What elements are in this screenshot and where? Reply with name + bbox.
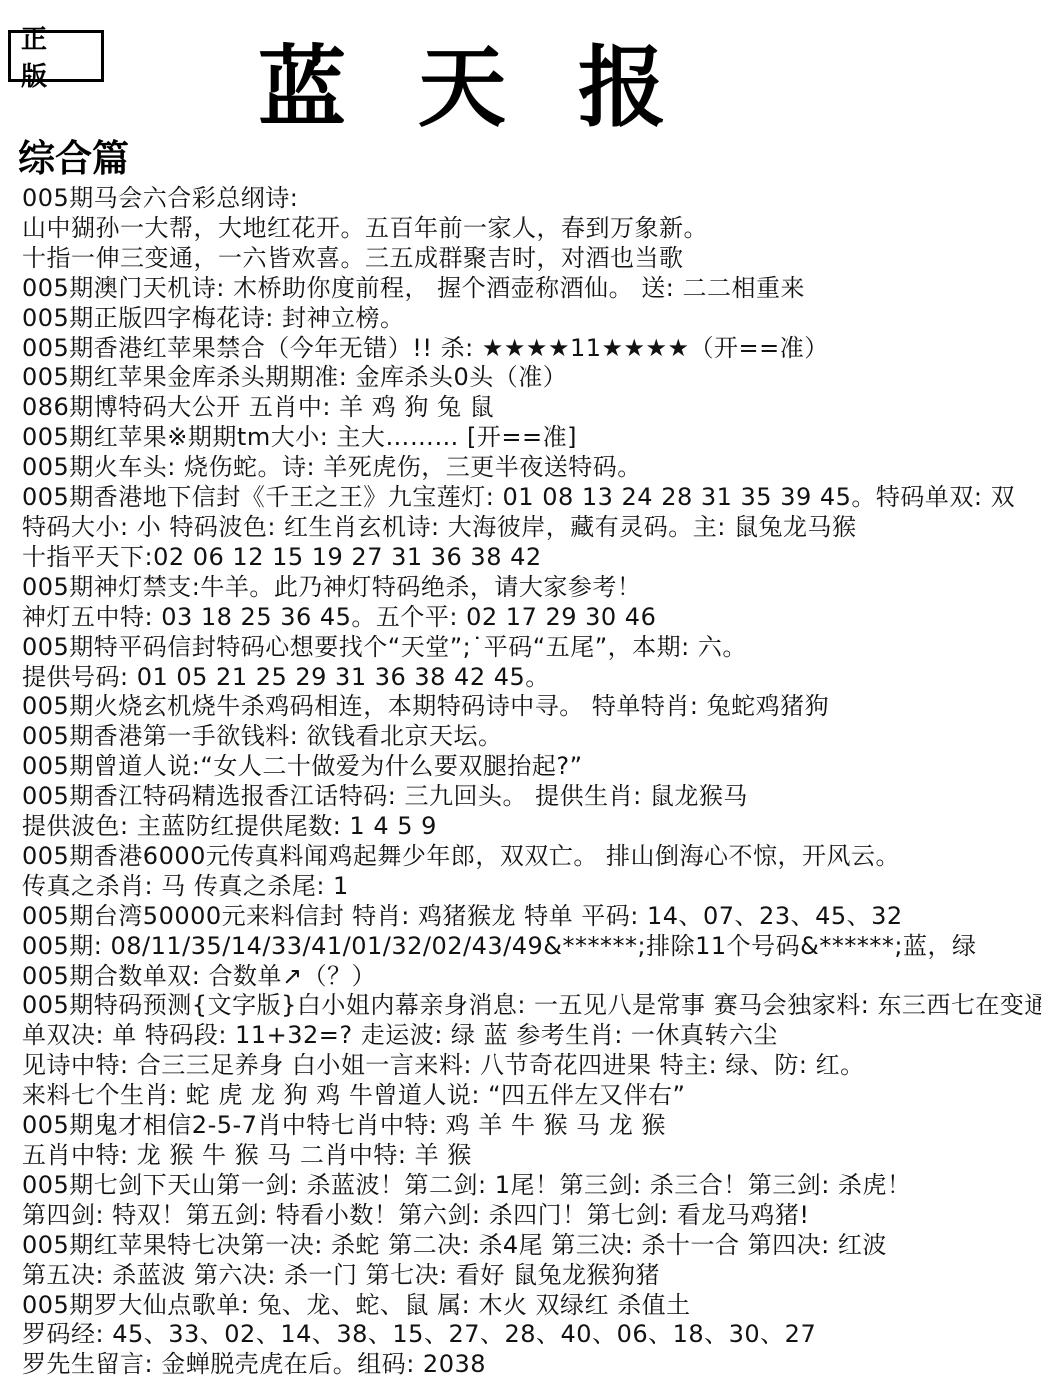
text-line: 传真之杀肖: 马 传真之杀尾: 1 <box>22 872 1035 902</box>
text-line: 005期特平码信封特码心想要找个“天堂”;˙平码“五尾”，本期: 六。 <box>22 633 1035 663</box>
text-line: 山中猢孙一大帮，大地红花开。五百年前一家人，春到万象新。 <box>22 214 1035 244</box>
text-line: 005期曾道人说:“女人二十做爱为什么要双腿抬起?” <box>22 752 1035 782</box>
text-line: 005期马会六合彩总纲诗: <box>22 184 1035 214</box>
text-line: 十指平天下:02 06 12 15 19 27 31 36 38 42 <box>22 543 1035 573</box>
paper-title: 蓝天报 <box>258 18 738 144</box>
text-line: 罗码经: 45、33、02、14、38、15、27、28、40、06、18、30… <box>22 1320 1035 1350</box>
section-title: 综合篇 <box>18 128 129 182</box>
text-line: 见诗中特: 合三三足养身 白小姐一言来料: 八节奇花四进果 特主: 绿、防: 红… <box>22 1051 1035 1081</box>
text-line: 来料七个生肖: 蛇 虎 龙 狗 鸡 牛曾道人说: “四五伴左又伴右” <box>22 1081 1035 1111</box>
text-line: 005期红苹果金库杀头期期准: 金库杀头0头（准） <box>22 363 1035 393</box>
text-line: 005期神灯禁支:牛羊。此乃神灯特码绝杀，请大家参考！ <box>22 573 1035 603</box>
text-line: 005期火车头: 烧伤蛇。诗: 羊死虎伤，三更半夜送特码。 <box>22 453 1035 483</box>
text-line: 005期正版四字梅花诗: 封神立榜。 <box>22 304 1035 334</box>
text-line: 五肖中特: 龙 猴 牛 猴 马 二肖中特: 羊 猴 <box>22 1141 1035 1171</box>
text-line: 005期: 08/11/35/14/33/41/01/32/02/43/49&*… <box>22 932 1035 962</box>
text-line: 005期香港第一手欲钱料: 欲钱看北京天坛。 <box>22 722 1035 752</box>
text-line: 005期台湾50000元来料信封 特肖: 鸡猪猴龙 特单 平码: 14、07、2… <box>22 902 1035 932</box>
text-line: 第四剑: 特双！第五剑: 特看小数！第六剑: 杀四门！第七剑: 看龙马鸡猪! <box>22 1201 1035 1231</box>
text-line: 005期火烧玄机烧牛杀鸡码相连，本期特码诗中寻。 特单特肖: 兔蛇鸡猪狗 <box>22 692 1035 722</box>
text-line: 罗先生留言: 金蝉脱壳虎在后。组码: 2038 <box>22 1350 1035 1380</box>
text-line: 005期特码预测{文字版}白小姐内幕亲身消息: 一五见八是常事 赛马会独家料: … <box>22 991 1035 1021</box>
text-line: 神灯五中特: 03 18 25 36 45。五个平: 02 17 29 30 4… <box>22 603 1035 633</box>
text-line: 005期香港红苹果禁合（今年无错）!! 杀: ★★★★11★★★★（开==准） <box>22 334 1035 364</box>
text-line: 单双决: 单 特码段: 11+32=? 走运波: 绿 蓝 参考生肖: 一休真转六… <box>22 1021 1035 1051</box>
text-line: 086期博特码大公开 五肖中: 羊 鸡 狗 兔 鼠 <box>22 393 1035 423</box>
text-line: 提供波色: 主蓝防红提供尾数: 1 4 5 9 <box>22 812 1035 842</box>
newspaper-page: 正 版 蓝天报 综合篇 005期马会六合彩总纲诗:山中猢孙一大帮，大地红花开。五… <box>0 0 1041 1388</box>
text-line: 005期鬼才相信2-5-7肖中特七肖中特: 鸡 羊 牛 猴 马 龙 猴 <box>22 1111 1035 1141</box>
text-line: 005期香港6000元传真料闻鸡起舞少年郎，双双亡。 排山倒海心不惊，开风云。 <box>22 842 1035 872</box>
body-text-block: 005期马会六合彩总纲诗:山中猢孙一大帮，大地红花开。五百年前一家人，春到万象新… <box>22 184 1035 1380</box>
text-line: 005期红苹果特七决第一决: 杀蛇 第二决: 杀4尾 第三决: 杀十一合 第四决… <box>22 1231 1035 1261</box>
text-line: 第五决: 杀蓝波 第六决: 杀一门 第七决: 看好 鼠兔龙猴狗猪 <box>22 1261 1035 1291</box>
text-line: 005期香港地下信封《千王之王》九宝莲灯: 01 08 13 24 28 31 … <box>22 483 1035 513</box>
text-line: 005期红苹果※期期tm大小: 主大……… [开==准] <box>22 423 1035 453</box>
text-line: 十指一伸三变通，一六皆欢喜。三五成群聚吉时，对酒也当歌 <box>22 244 1035 274</box>
text-line: 005期澳门天机诗: 木桥助你度前程， 握个酒壶称酒仙。 送: 二二相重来 <box>22 274 1035 304</box>
authentic-edition-badge: 正 版 <box>8 30 104 82</box>
text-line: 特码大小: 小 特码波色: 红生肖玄机诗: 大海彼岸，藏有灵码。主: 鼠兔龙马猴 <box>22 513 1035 543</box>
text-line: 提供号码: 01 05 21 25 29 31 36 38 42 45。 <box>22 663 1035 693</box>
text-line: 005期七剑下天山第一剑: 杀蓝波！第二剑: 1尾！第三剑: 杀三合！第三剑: … <box>22 1171 1035 1201</box>
text-line: 005期罗大仙点歌单: 兔、龙、蛇、鼠 属: 木火 双绿红 杀值土 <box>22 1291 1035 1321</box>
text-line: 005期香江特码精选报香江话特码: 三九回头。 提供生肖: 鼠龙猴马 <box>22 782 1035 812</box>
text-line: 005期合数单双: 合数单↗（？） <box>22 962 1035 992</box>
